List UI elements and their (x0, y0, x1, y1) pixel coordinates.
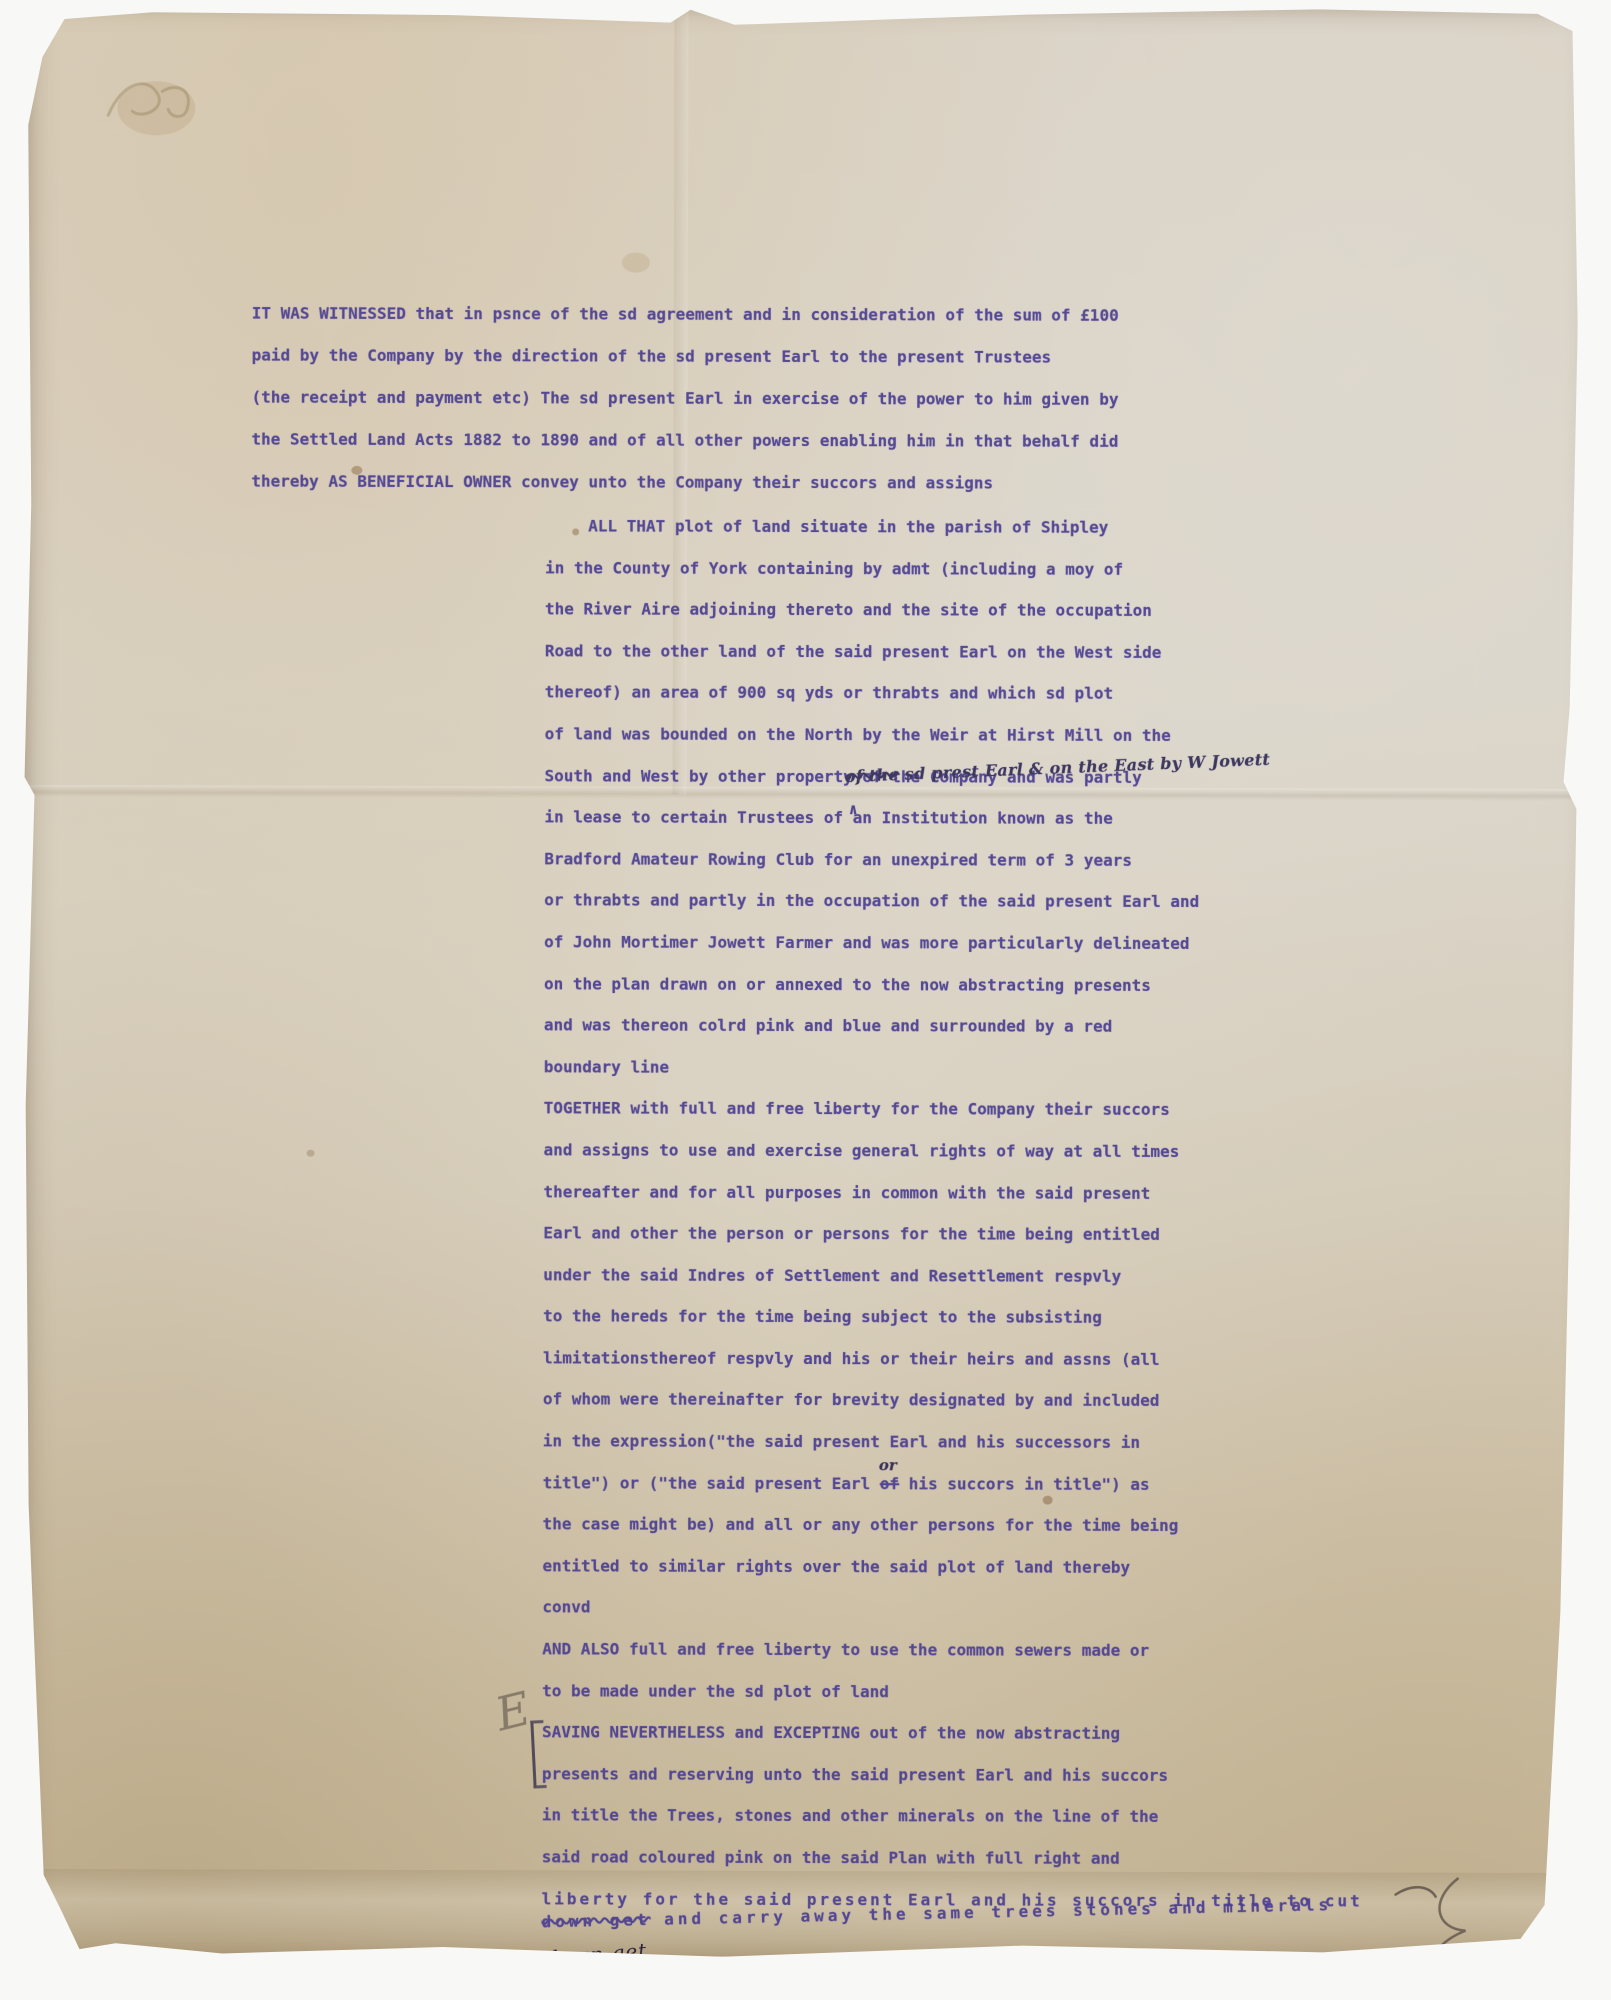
typed-line: thereby AS BENEFICIAL OWNER convey unto … (251, 472, 1118, 516)
paragraph-witnessed: IT WAS WITNESSED that in psnce of the sd… (251, 304, 1118, 516)
typed-line: of John Mortimer Jowett Farmer and was m… (544, 932, 1365, 976)
pencil-letter-mark: E (490, 1681, 536, 1741)
typed-line-with-insertion: South and West by other property∧of the … (544, 766, 1365, 810)
struck-word-text: of (880, 1474, 899, 1493)
caret-mark: ∧ (849, 800, 858, 818)
typed-text: South and West by other property (545, 766, 853, 786)
typed-line: presents and reserving unto the said pre… (542, 1764, 1363, 1808)
handwritten-struck-words: of the (845, 764, 900, 785)
typed-text: his succors in title") as (899, 1474, 1150, 1494)
typed-line: entitled to similar rights over the said… (542, 1556, 1363, 1600)
pen-flourish (1385, 1873, 1495, 1983)
typed-line: under the said Indres of Settlement and … (543, 1265, 1364, 1309)
handwritten-down-get: down get (545, 1938, 649, 1971)
corner-smudge (117, 81, 195, 135)
typed-line: boundary line (544, 1057, 1365, 1101)
struck-typed-text: down get (541, 1910, 650, 1931)
typed-line: TOGETHER with full and free liberty for … (544, 1099, 1365, 1143)
typed-line: convd (542, 1598, 1363, 1642)
struck-typed-word: ofor (880, 1474, 899, 1493)
typed-line: in the expression("the said present Earl… (543, 1431, 1364, 1475)
paper-stain (622, 253, 650, 273)
typed-line: said road coloured pink on the said Plan… (542, 1847, 1363, 1891)
typed-line: or thrabts and partly in the occupation … (544, 891, 1365, 935)
photo-backdrop: IT WAS WITNESSED that in psnce of the sd… (0, 0, 1611, 2000)
typed-line: the Settled Land Acts 1882 to 1890 and o… (251, 430, 1118, 474)
document-paper: IT WAS WITNESSED that in psnce of the sd… (17, 3, 1594, 1969)
typed-line: Earl and other the person or persons for… (543, 1223, 1364, 1267)
paper-speck (307, 1150, 315, 1157)
typed-line: IT WAS WITNESSED that in psnce of the sd… (252, 304, 1119, 348)
typed-line: Bradford Amateur Rowing Club for an unex… (544, 849, 1365, 893)
typed-line: thereof) an area of 900 sq yds or thrabt… (545, 683, 1366, 727)
paragraph-parcels: ALL THAT plot of land situate in the par… (542, 516, 1367, 1932)
pencil-scribble (100, 65, 220, 145)
typed-line: in the County of York containing by admt… (545, 558, 1366, 602)
typed-line: on the plan drawn on or annexed to the n… (544, 974, 1365, 1018)
typed-line: SAVING NEVERTHELESS and EXCEPTING out of… (542, 1723, 1363, 1767)
typed-line: and assigns to use and exercise general … (543, 1140, 1364, 1184)
typed-line: AND ALSO full and free liberty to use th… (542, 1639, 1363, 1683)
typed-line: of whom were thereinafter for brevity de… (543, 1390, 1364, 1434)
typed-line: in lease to certain Trustees of an Insti… (544, 807, 1365, 851)
typed-text: title") or ("the said present Earl (543, 1473, 880, 1493)
typed-line: thereafter and for all purposes in commo… (543, 1182, 1364, 1226)
typed-line-with-correction: title") or ("the said present Earl ofor … (543, 1473, 1364, 1517)
typed-line: paid by the Company by the direction of … (252, 346, 1119, 390)
typed-line: to the hereds for the time being subject… (543, 1307, 1364, 1351)
typed-line: limitationsthereof respvly and his or th… (543, 1348, 1364, 1392)
typed-line: in title the Trees, stones and other min… (542, 1806, 1363, 1850)
typed-line: Road to the other land of the said prese… (545, 641, 1366, 685)
typed-line: (the receipt and payment etc) The sd pre… (251, 388, 1118, 432)
typed-line: to be made under the sd plot of land (542, 1681, 1363, 1725)
typed-line: and was thereon colrd pink and blue and … (544, 1015, 1365, 1059)
typed-line: the case might be) and all or any other … (543, 1515, 1364, 1559)
typed-line: ALL THAT plot of land situate in the par… (545, 516, 1366, 560)
typed-line: the River Aire adjoining thereto and the… (545, 600, 1366, 644)
handwritten-correction: or (879, 1456, 897, 1474)
